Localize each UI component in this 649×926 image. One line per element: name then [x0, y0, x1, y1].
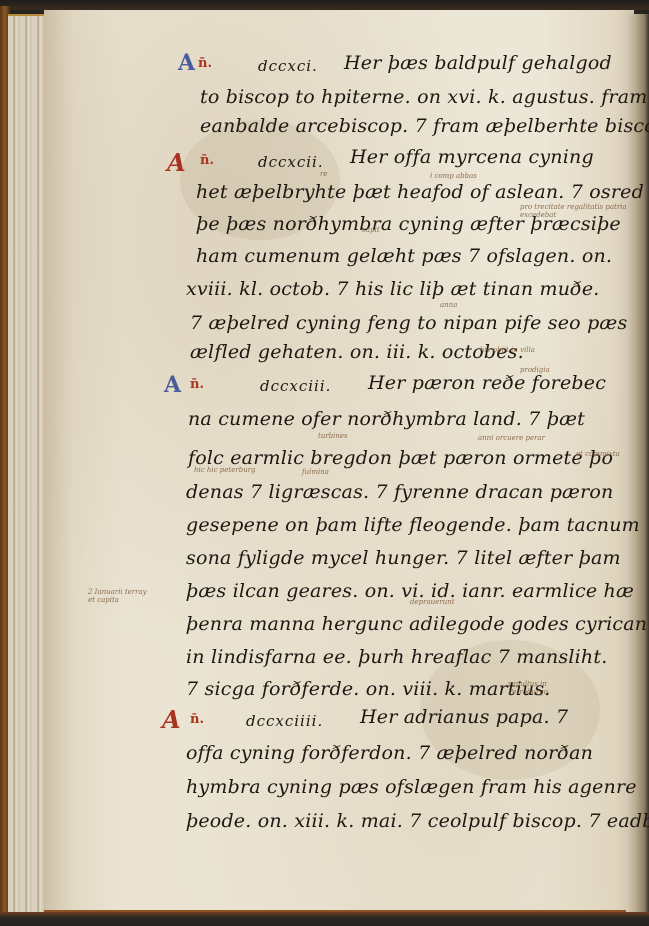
year-numeral: dccxcii. [258, 153, 324, 171]
marginal-gloss: deprauerunt [410, 598, 454, 606]
marginal-gloss: capit [362, 226, 380, 234]
marginal-gloss: fulmina [302, 468, 329, 476]
annus-abbreviation: n̄. [190, 712, 204, 727]
text-line: gesepene on þam lifte fleogende. þam tac… [186, 514, 640, 536]
text-line: na cumene ofer norðhymbra land. 7 þæt [188, 408, 585, 430]
marginal-gloss: sepultus in Petroburgo [508, 680, 578, 696]
abbr-text: n̄. [200, 153, 214, 168]
text-line: denas 7 ligræscas. 7 fyrenne dracan pæro… [186, 481, 613, 503]
text-line: Her offa myrcena cyning [350, 146, 594, 168]
annus-abbreviation: n̄. [200, 153, 214, 168]
marginal-gloss: prodigia [520, 366, 550, 374]
text-line: to biscop to hpiterne. on xvi. k. agustu… [200, 86, 647, 108]
annus-abbreviation: n̄. [190, 377, 204, 392]
marginal-gloss: i comp abbas [430, 172, 477, 180]
year-numeral: dccxciii. [260, 377, 331, 395]
text-line: ælfled gehaten. on. iii. k. octobes. [190, 341, 524, 363]
marginal-gloss: hic obiit in villa [480, 346, 550, 354]
illuminated-initial: A [167, 148, 186, 177]
marginal-gloss: et commixta [576, 450, 620, 458]
text-line: Her adrianus papa. 7 [360, 706, 568, 728]
text-line: het æþelbryhte þæt heafod of aslean. 7 o… [196, 181, 644, 203]
abbr-text: n̄. [190, 712, 204, 727]
illuminated-initial: A [178, 50, 195, 76]
text-line: 7 sicga forðferde. on. viii. k. martius. [186, 678, 551, 700]
marginal-gloss: turbines [318, 432, 348, 440]
text-line: in lindisfarna ee. þurh hreaflac 7 mansl… [186, 646, 607, 668]
marginal-gloss: re [320, 170, 328, 178]
abbr-text: n̄. [190, 377, 204, 392]
text-line: ham cumenum gelæht pæs 7 ofslagen. on. [196, 245, 612, 267]
year-numeral: dccxciiii. [246, 712, 323, 730]
marginal-gloss: anna [440, 301, 457, 309]
marginal-gloss: 2 Ianuarii terray et capita [88, 588, 150, 604]
illuminated-initial: A [162, 705, 181, 734]
text-line: Her pæron reðe forebec [368, 372, 606, 394]
text-line: Her þæs baldpulf gehalgod [344, 52, 612, 74]
text-line: 7 æþelred cyning feng to nipan pife seo … [190, 312, 627, 334]
text-line: sona fyligde mycel hunger. 7 litel æfter… [186, 547, 621, 569]
marginal-gloss: pro trecitate regalitatis patria excedeb… [520, 203, 630, 219]
marginal-gloss: hic hic peterburg [194, 466, 256, 474]
text-line: þenra manna hergunc adilegode godes cyri… [186, 613, 647, 635]
abbr-text: n̄. [198, 56, 212, 71]
marginal-gloss: anni orcuere perar [478, 434, 545, 442]
text-line: þeode. on. xiii. k. mai. 7 ceolpulf bisc… [186, 810, 649, 832]
manuscript-text: A n̄. dccxci. Her þæs baldpulf gehalgod … [0, 0, 649, 926]
illuminated-initial: A [164, 372, 181, 398]
text-line: hymbra cyning pæs ofslægen fram his agen… [186, 776, 637, 798]
text-line: offa cyning forðferdon. 7 æþelred norðan [186, 742, 593, 764]
text-line: eanbalde arcebiscop. 7 fram æþelberhte b… [200, 115, 649, 137]
annus-abbreviation: n̄. [198, 56, 212, 71]
year-numeral: dccxci. [258, 57, 318, 75]
text-line: xviii. kl. octob. 7 his lic liþ æt tinan… [186, 278, 600, 300]
